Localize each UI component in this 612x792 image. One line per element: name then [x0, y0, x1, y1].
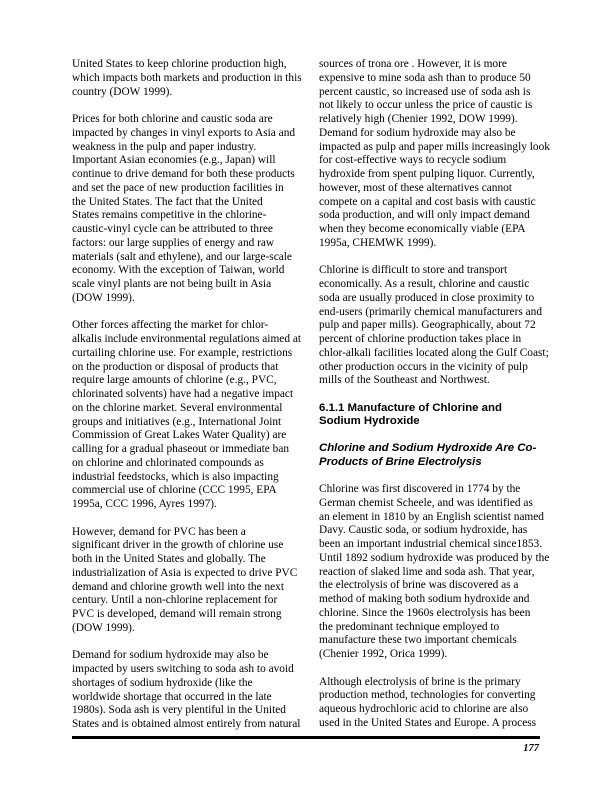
- text-line: percent caustic, so increased use of sod…: [319, 86, 553, 100]
- text-line: alkalis include environmental regulation…: [72, 333, 304, 347]
- text-line: Chlorine was first discovered in 1774 by…: [319, 483, 553, 497]
- text-line: shortages of sodium hydroxide (like the: [72, 677, 304, 691]
- text-line: which impacts both markets and productio…: [72, 72, 304, 86]
- text-line: aqueous hydrochloric acid to chlorine ar…: [319, 703, 553, 717]
- text-line: require large amounts of chlorine (e.g.,…: [72, 374, 304, 388]
- text-line: industrial feedstocks, which is also imp…: [72, 471, 304, 485]
- text-line: reaction of slaked lime and soda ash. Th…: [319, 566, 553, 580]
- paragraph: Chlorine was first discovered in 1774 by…: [319, 483, 553, 662]
- text-line: end-users (primarily chemical manufactur…: [319, 306, 553, 320]
- text-line: country (DOW 1999).: [72, 86, 304, 100]
- text-line: for cost-effective ways to recycle sodiu…: [319, 154, 553, 168]
- paragraph: However, demand for PVC has been asignif…: [72, 526, 304, 636]
- text-line: 1995a, CHEMWK 1999).: [319, 237, 553, 251]
- text-line: Until 1892 sodium hydroxide was produced…: [319, 552, 553, 566]
- text-line: manufacture these two important chemical…: [319, 634, 553, 648]
- text-line: United States to keep chlorine productio…: [72, 58, 304, 72]
- text-line: Sodium Hydroxide: [319, 415, 553, 429]
- text-line: economy. With the exception of Taiwan, w…: [72, 264, 304, 278]
- text-line: mills of the Southeast and Northwest.: [319, 374, 553, 388]
- subsection-heading: Chlorine and Sodium Hydroxide Are Co-Pro…: [319, 442, 553, 469]
- paragraph: sources of trona ore . However, it is mo…: [319, 58, 553, 251]
- text-line: groups and initiatives (e.g., Internatio…: [72, 416, 304, 430]
- text-line: 1995a, CCC 1996, Ayres 1997).: [72, 498, 304, 512]
- text-line: States remains competitive in the chlori…: [72, 209, 304, 223]
- text-line: economically. As a result, chlorine and …: [319, 278, 553, 292]
- text-line: Demand for sodium hydroxide may also be: [319, 127, 553, 141]
- text-line: soda production, and will only impact de…: [319, 209, 553, 223]
- paragraph: Other forces affecting the market for ch…: [72, 319, 304, 512]
- text-line: (Chenier 1992, Orica 1999).: [319, 648, 553, 662]
- text-line: Prices for both chlorine and caustic sod…: [72, 113, 304, 127]
- text-line: relatively high (Chenier 1992, DOW 1999)…: [319, 113, 553, 127]
- text-line: other production occurs in the vicinity …: [319, 361, 553, 375]
- text-line: chlorine. Since the 1960s electrolysis h…: [319, 607, 553, 621]
- text-line: Important Asian economies (e.g., Japan) …: [72, 154, 304, 168]
- text-line: PVC is developed, demand will remain str…: [72, 608, 304, 622]
- paragraph: Although electrolysis of brine is the pr…: [319, 676, 553, 731]
- document-page: United States to keep chlorine productio…: [0, 0, 612, 792]
- text-line: Products of Brine Electrolysis: [319, 456, 553, 470]
- page-number: 177: [523, 743, 539, 754]
- text-line: expensive to mine soda ash than to produ…: [319, 72, 553, 86]
- text-line: been an important industrial chemical si…: [319, 538, 553, 552]
- text-line: pulp and paper mills). Geographically, a…: [319, 319, 553, 333]
- paragraph: Chlorine is difficult to store and trans…: [319, 264, 553, 388]
- text-line: Chlorine and Sodium Hydroxide Are Co-: [319, 442, 553, 456]
- text-line: weakness in the pulp and paper industry.: [72, 141, 304, 155]
- text-line: however, most of these alternatives cann…: [319, 182, 553, 196]
- right-column: sources of trona ore . However, it is mo…: [319, 58, 553, 744]
- text-line: on the chlorine market. Several environm…: [72, 402, 304, 416]
- text-line: compete on a capital and cost basis with…: [319, 196, 553, 210]
- paragraph: Demand for sodium hydroxide may also bei…: [72, 649, 304, 732]
- text-line: production method, technologies for conv…: [319, 689, 553, 703]
- text-line: soda are usually produced in close proxi…: [319, 292, 553, 306]
- text-line: Davy. Caustic soda, or sodium hydroxide,…: [319, 524, 553, 538]
- text-line: commercial use of chlorine (CCC 1995, EP…: [72, 484, 304, 498]
- text-line: century. Until a non-chlorine replacemen…: [72, 594, 304, 608]
- paragraph: United States to keep chlorine productio…: [72, 58, 304, 99]
- text-line: Chlorine is difficult to store and trans…: [319, 264, 553, 278]
- text-line: method of making both sodium hydroxide a…: [319, 593, 553, 607]
- text-line: scale vinyl plants are not being built i…: [72, 278, 304, 292]
- text-line: worldwide shortage that occurred in the …: [72, 691, 304, 705]
- text-line: States and is obtained almost entirely f…: [72, 718, 304, 732]
- text-line: hydroxide from spent pulping liquor. Cur…: [319, 168, 553, 182]
- text-line: impacted as pulp and paper mills increas…: [319, 141, 553, 155]
- text-line: calling for a gradual phaseout or immedi…: [72, 443, 304, 457]
- section-heading: 6.1.1 Manufacture of Chlorine andSodium …: [319, 402, 553, 429]
- text-line: used in the United States and Europe. A …: [319, 717, 553, 731]
- text-line: continue to drive demand for both these …: [72, 168, 304, 182]
- text-line: 1980s). Soda ash is very plentiful in th…: [72, 704, 304, 718]
- text-line: impacted by users switching to soda ash …: [72, 663, 304, 677]
- text-line: caustic-vinyl cycle can be attributed to…: [72, 223, 304, 237]
- text-line: significant driver in the growth of chlo…: [72, 539, 304, 553]
- text-line: 6.1.1 Manufacture of Chlorine and: [319, 402, 553, 416]
- left-column: United States to keep chlorine productio…: [72, 58, 304, 746]
- text-line: chlor-alkali facilities located along th…: [319, 347, 553, 361]
- footer-rule: [72, 736, 540, 739]
- text-line: German chemist Scheele, and was identifi…: [319, 497, 553, 511]
- text-line: However, demand for PVC has been a: [72, 526, 304, 540]
- text-line: materials (salt and ethylene), and our l…: [72, 251, 304, 265]
- text-line: Although electrolysis of brine is the pr…: [319, 676, 553, 690]
- text-line: curtailing chlorine use. For example, re…: [72, 347, 304, 361]
- text-line: chlorinated solvents) have had a negativ…: [72, 388, 304, 402]
- text-line: sources of trona ore . However, it is mo…: [319, 58, 553, 72]
- text-line: an element in 1810 by an English scienti…: [319, 511, 553, 525]
- text-line: the United States. The fact that the Uni…: [72, 196, 304, 210]
- text-line: industrialization of Asia is expected to…: [72, 567, 304, 581]
- text-line: impacted by changes in vinyl exports to …: [72, 127, 304, 141]
- text-line: Other forces affecting the market for ch…: [72, 319, 304, 333]
- text-line: the electrolysis of brine was discovered…: [319, 579, 553, 593]
- text-line: on chlorine and chlorinated compounds as: [72, 457, 304, 471]
- text-line: and set the pace of new production facil…: [72, 182, 304, 196]
- text-line: Commission of Great Lakes Water Quality)…: [72, 429, 304, 443]
- text-line: Demand for sodium hydroxide may also be: [72, 649, 304, 663]
- text-line: both in the United States and globally. …: [72, 553, 304, 567]
- text-line: not likely to occur unless the price of …: [319, 99, 553, 113]
- text-line: the predominant technique employed to: [319, 621, 553, 635]
- text-line: when they become economically viable (EP…: [319, 223, 553, 237]
- text-line: (DOW 1999).: [72, 292, 304, 306]
- text-line: on the production or disposal of product…: [72, 361, 304, 375]
- text-line: factors: our large supplies of energy an…: [72, 237, 304, 251]
- text-line: (DOW 1999).: [72, 622, 304, 636]
- text-line: demand and chlorine growth well into the…: [72, 581, 304, 595]
- paragraph: Prices for both chlorine and caustic sod…: [72, 113, 304, 306]
- text-line: percent of chlorine production takes pla…: [319, 333, 553, 347]
